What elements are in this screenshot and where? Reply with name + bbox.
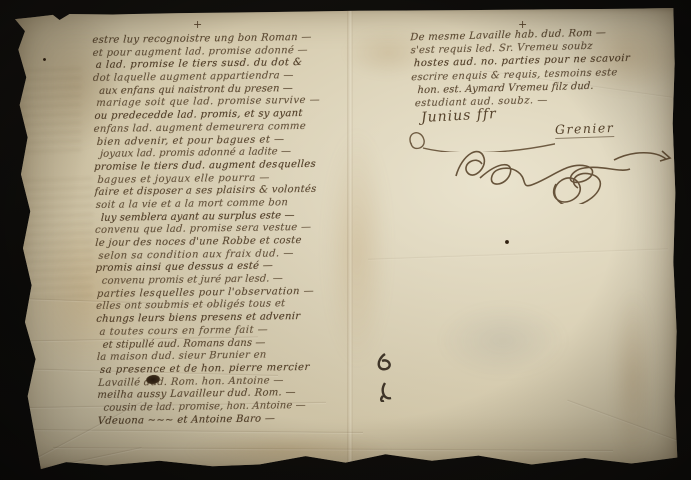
signature-paraphe-icon	[438, 132, 673, 204]
right-text-column: De mesme Lavaille hab. dud. Rom —s'est r…	[410, 25, 680, 111]
crease-line	[567, 399, 691, 450]
crease-line	[368, 248, 668, 261]
ink-bleedthrough	[19, 63, 81, 158]
stain-bottom-center	[183, 433, 393, 467]
stain-center-smudge	[438, 303, 568, 378]
photo-background: + + estre luy recognoistre ung bon Roman…	[0, 0, 691, 480]
crease-line	[28, 429, 363, 435]
ink-bleedthrough	[21, 173, 93, 298]
stain-right-streak	[611, 288, 655, 468]
crease-line	[14, 447, 142, 477]
left-text-column: estre luy recognoistre ung bon Roman —et…	[92, 31, 369, 428]
ink-speck	[505, 240, 509, 244]
ink-squiggle-mark	[369, 350, 395, 402]
cross-mark-left: +	[193, 18, 202, 31]
crease-line	[53, 447, 613, 453]
manuscript-paper: + + estre luy recognoistre ung bon Roman…	[13, 8, 678, 470]
ink-speck	[43, 58, 46, 61]
signature-junius: Junius ffr	[421, 106, 498, 126]
